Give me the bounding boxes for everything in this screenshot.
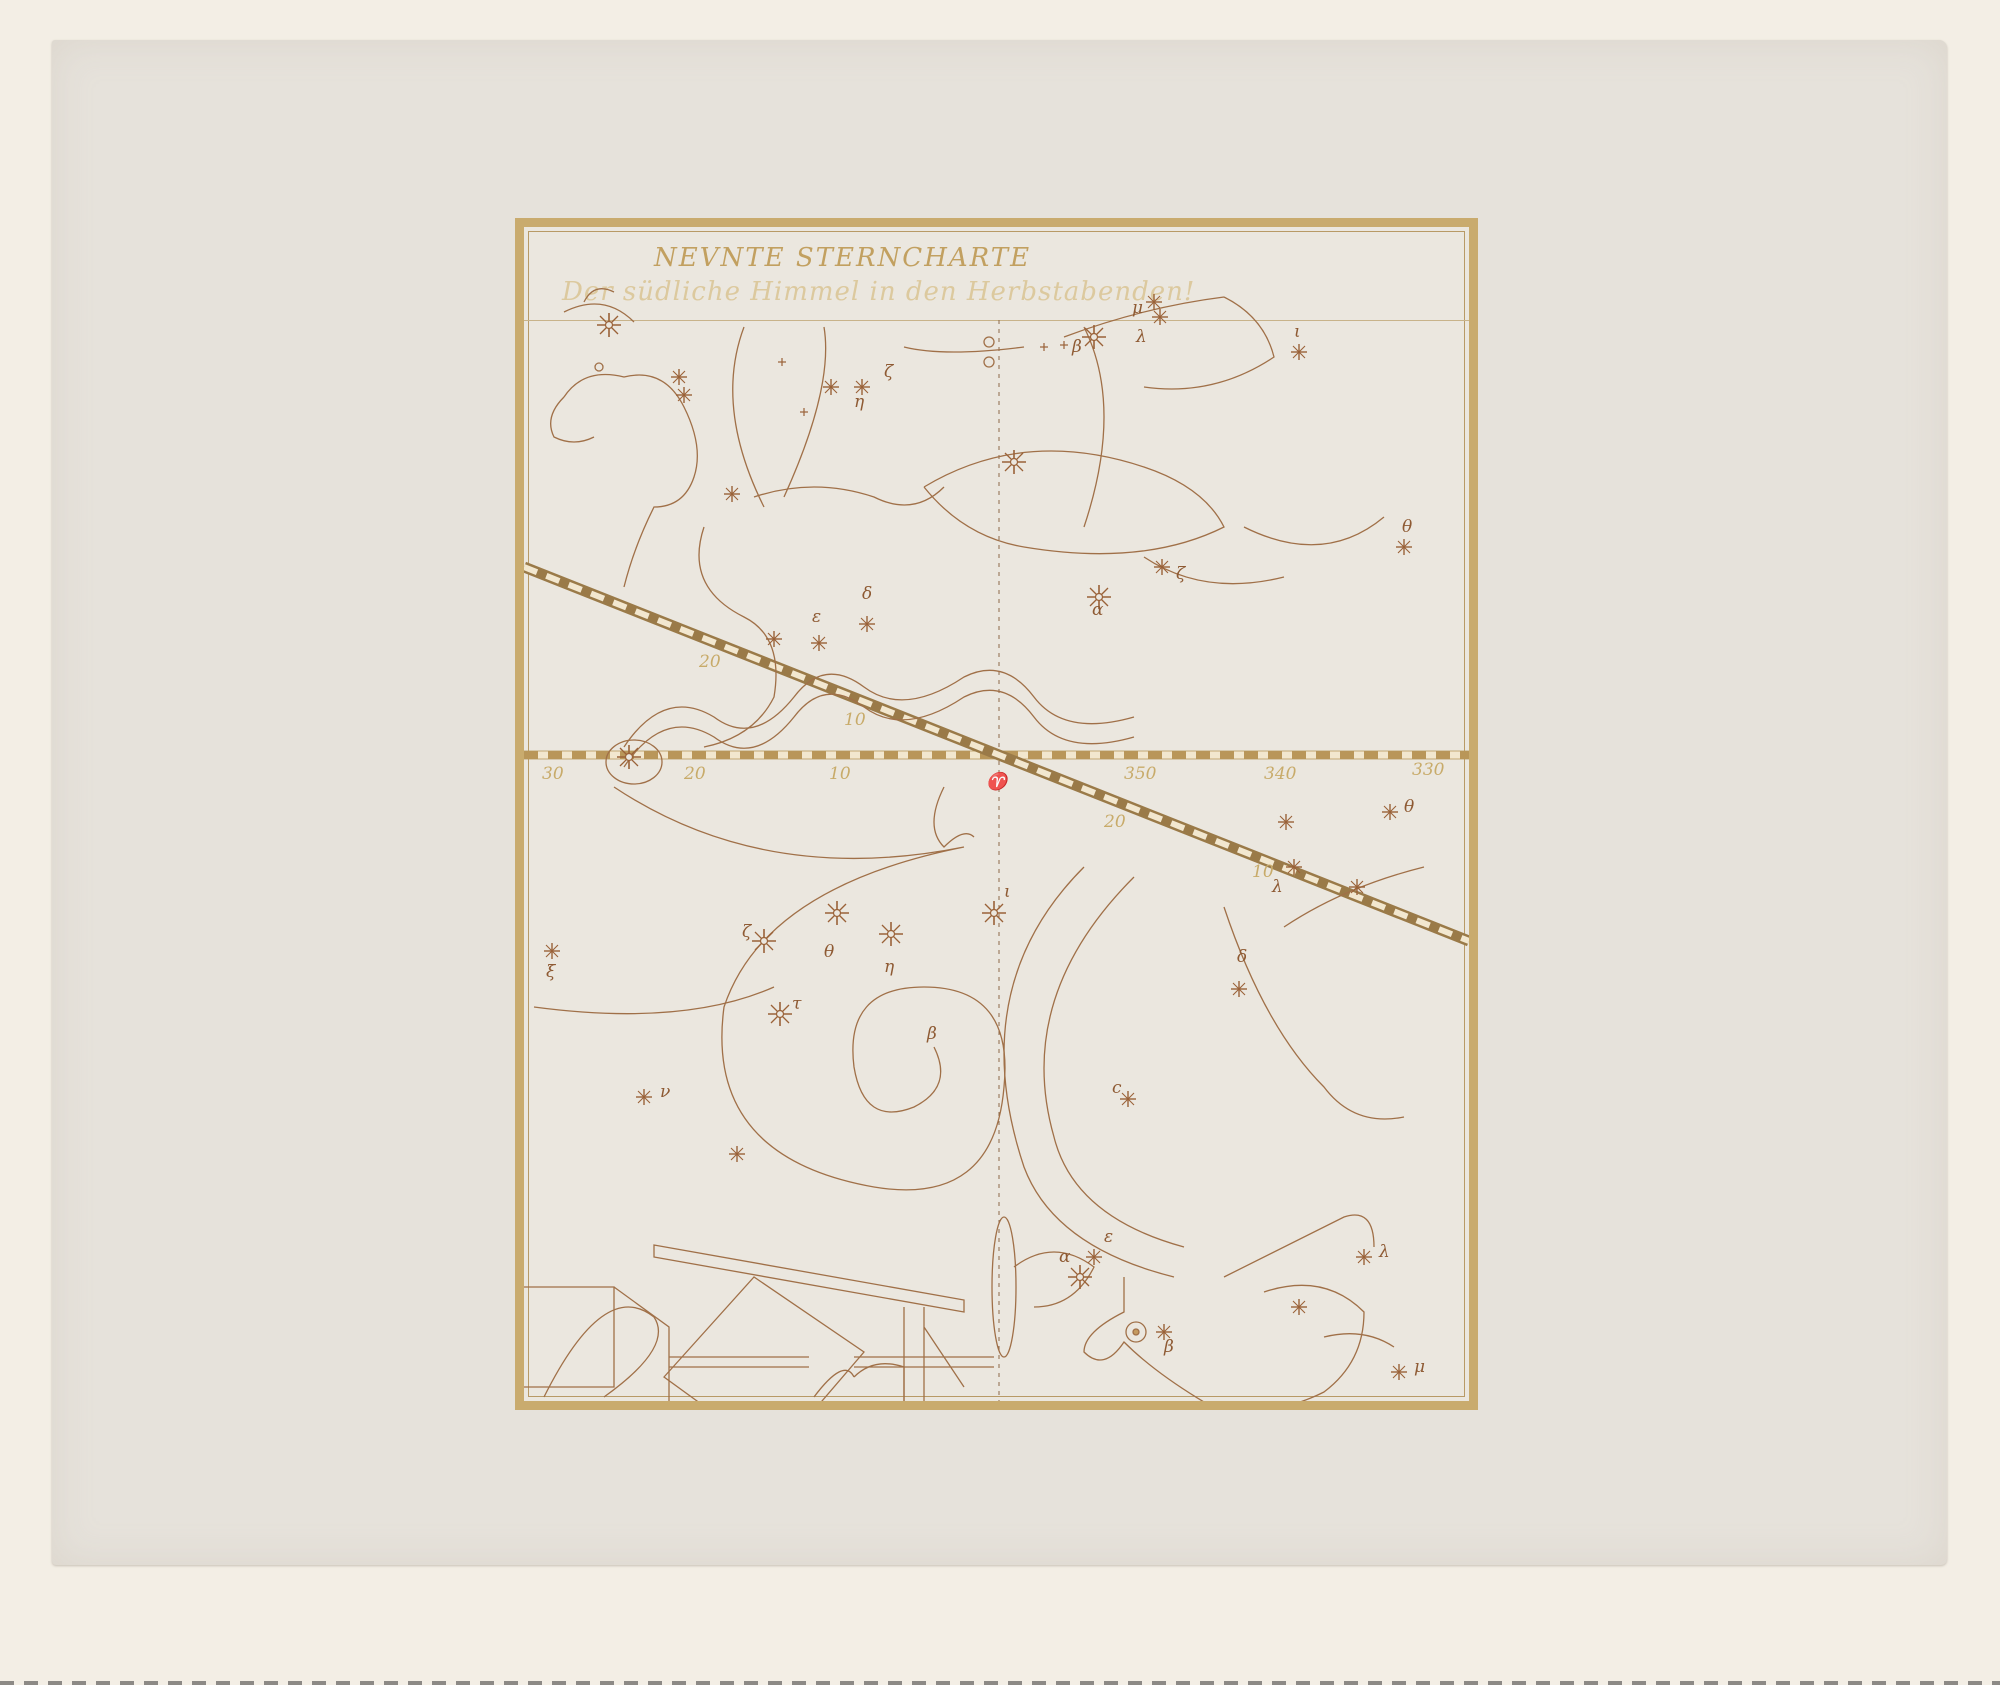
svg-text:350: 350 [1124,764,1157,784]
svg-text:20: 20 [1103,812,1126,832]
mount-edge-dashes [0,1681,2000,1685]
svg-text:ζ: ζ [884,362,895,382]
svg-text:ε: ε [1104,1227,1113,1247]
piscis-austrinus-figure [954,1215,1394,1401]
svg-text:ι: ι [1004,882,1011,902]
svg-text:ζ: ζ [1176,564,1187,584]
cetus-figure [534,787,1005,1190]
svg-text:ζ: ζ [742,922,753,942]
star-map-drawing: 30 20 10 ♈ 350 340 330 20 10 20 10 [524,227,1469,1401]
svg-text:20: 20 [698,652,721,672]
svg-text:20: 20 [683,764,706,784]
sculptor-apparatus [524,1217,1094,1401]
svg-text:10: 10 [1252,862,1274,882]
svg-text:30: 30 [542,764,564,784]
equator-tick-labels: 30 20 10 ♈ 350 340 330 [542,760,1445,792]
svg-text:α: α [1059,1247,1071,1267]
svg-text:10: 10 [829,764,851,784]
svg-text:♈: ♈ [986,771,1011,792]
svg-text:λ: λ [1378,1242,1390,1262]
svg-text:ι: ι [1294,322,1301,342]
ecliptic-tick-labels: 20 10 20 10 [698,652,1274,882]
svg-text:μ: μ [1132,298,1143,318]
svg-text:δ: δ [1237,947,1247,967]
svg-text:α: α [1092,600,1104,620]
svg-text:ξ: ξ [546,962,557,982]
svg-text:10: 10 [844,710,866,730]
svg-text:η: η [854,392,865,412]
svg-text:330: 330 [1412,760,1445,780]
svg-text:θ: θ [1402,517,1412,537]
svg-text:λ: λ [1135,327,1147,347]
svg-text:θ: θ [824,942,834,962]
svg-text:ν: ν [660,1082,670,1102]
svg-text:β: β [1163,1337,1174,1357]
svg-text:η: η [884,957,895,977]
svg-text:δ: δ [862,584,872,604]
svg-text:340: 340 [1264,764,1297,784]
svg-text:τ: τ [792,994,802,1014]
svg-text:β: β [1071,337,1082,357]
svg-text:β: β [926,1024,937,1044]
svg-text:ε: ε [812,607,821,627]
chart-frame: NEVNTE STERNCHARTE Der südliche Himmel i… [515,218,1478,1410]
svg-text:θ: θ [1404,797,1414,817]
aries-figure [551,289,698,587]
svg-text:μ: μ [1414,1357,1425,1377]
svg-text:c: c [1112,1078,1122,1098]
svg-text:λ: λ [1271,877,1283,897]
